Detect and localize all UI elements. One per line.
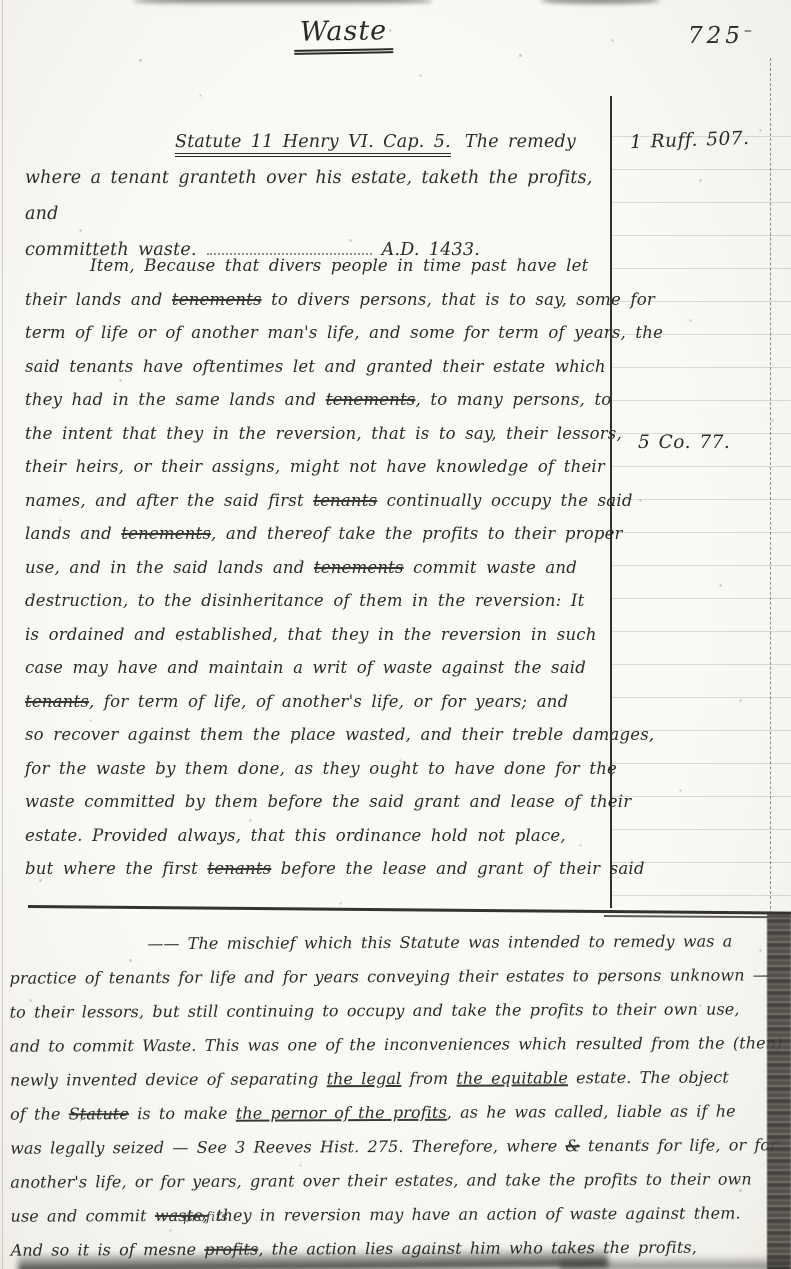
- handwritten-segment-s: tenements: [314, 558, 404, 577]
- handwritten-segment: another's life, or for years, grant over…: [10, 1169, 751, 1191]
- handwritten-line: and to commit Waste. This was one of the…: [10, 1026, 778, 1063]
- statute-subtitle: The remedy: [465, 132, 576, 152]
- scan-edge-band-right: [767, 914, 791, 1269]
- handwritten-line: practice of tenants for life and for yea…: [9, 958, 777, 995]
- handwritten-segment: to their lessors, but still continuing t…: [10, 999, 740, 1021]
- handwritten-segment: term of life or of another man's life, a…: [25, 323, 663, 342]
- handwritten-line: newly invented device of separating the …: [10, 1060, 778, 1097]
- handwritten-line: Item, Because that divers people in time…: [25, 249, 608, 283]
- handwritten-segment: but where the first: [25, 859, 207, 878]
- handwritten-segment: continually occupy the said: [377, 491, 632, 510]
- handwritten-segment: said tenants have oftentimes let and gra…: [25, 357, 606, 376]
- handwritten-segment: the intent that they in the reversion, t…: [25, 424, 622, 443]
- handwritten-segment-s: tenants: [313, 491, 377, 510]
- handwritten-segment: they in reversion may have an action of …: [208, 1203, 741, 1224]
- handwritten-segment: and to commit Waste. This was one of the…: [10, 1033, 783, 1055]
- handwritten-segment: case may have and maintain a writ of was…: [25, 658, 586, 677]
- section-divider-line-right: [604, 915, 791, 918]
- handwritten-segment-s: Statute: [69, 1104, 129, 1123]
- scan-smudge-top-right: [540, 0, 660, 4]
- handwritten-segment: names, and after the said first: [25, 491, 313, 510]
- handwritten-segment-s: tenements: [326, 390, 416, 409]
- handwritten-segment: is to make: [129, 1104, 236, 1123]
- handwritten-segment: to divers persons, that is to say, some …: [262, 290, 655, 309]
- edge-dotted-rule: [770, 58, 771, 914]
- statute-heading: Statute 11 Henry VI. Cap. 5.The remedy w…: [25, 124, 610, 268]
- handwritten-segment: Item, Because that divers people in time…: [90, 256, 588, 275]
- handwritten-segment: —— The mischief which this Statute was i…: [147, 932, 732, 954]
- handwritten-segment-s: tenements: [121, 524, 211, 543]
- handwritten-line: case may have and maintain a writ of was…: [25, 651, 608, 685]
- page-number: 725–: [688, 20, 752, 49]
- margin-note-citation: 5 Co. 77.: [638, 432, 730, 453]
- handwritten-line: so recover against them the place wasted…: [25, 718, 608, 752]
- statute-heading-line: where a tenant granteth over his estate,…: [25, 160, 610, 232]
- handwritten-segment-s: tenants: [207, 859, 271, 878]
- handwritten-segment: destruction, to the disinheritance of th…: [25, 591, 584, 610]
- handwritten-segment: , for term of life, of another's life, o…: [89, 692, 568, 711]
- handwritten-segment-u: the legal: [327, 1069, 402, 1088]
- handwritten-line: their lands and tenements to divers pers…: [25, 283, 608, 317]
- handwritten-segment: use, and in the said lands and: [25, 558, 314, 577]
- handwritten-segment: , as he was called, liable as if he: [447, 1102, 736, 1122]
- handwritten-line: for the waste by them done, as they ough…: [25, 752, 608, 786]
- handwritten-line: is ordained and established, that they i…: [25, 618, 608, 652]
- handwritten-segment: their heirs, or their assigns, might not…: [25, 457, 605, 476]
- handwritten-line: names, and after the said first tenants …: [25, 484, 608, 518]
- handwritten-segment: , and thereof take the profits to their …: [211, 524, 623, 543]
- handwritten-segment: estate. The object: [568, 1068, 729, 1088]
- handwritten-segment-u: the pernor of the profits: [236, 1103, 447, 1123]
- handwritten-segment-u: the equitable: [456, 1068, 568, 1087]
- scanned-document-page: Waste 725– 1 Ruff. 507. 5 Co. 77. Statut…: [0, 0, 791, 1269]
- handwritten-line: waste committed by them before the said …: [25, 785, 608, 819]
- handwritten-segment: , to many persons, to: [415, 390, 611, 409]
- section-divider-line: [28, 905, 791, 914]
- statute-title: Statute 11 Henry VI. Cap. 5.: [175, 132, 451, 157]
- handwritten-line: said tenants have oftentimes let and gra…: [25, 350, 608, 384]
- interlinear-insertion: profits: [183, 1209, 228, 1225]
- handwritten-segment: estate. Provided always, that this ordin…: [25, 826, 566, 845]
- handwritten-segment: tenants for life, or for: [580, 1135, 778, 1155]
- page-number-value: 725: [688, 23, 744, 49]
- handwritten-segment: so recover against them the place wasted…: [25, 725, 654, 744]
- handwritten-line: another's life, or for years, grant over…: [10, 1162, 778, 1199]
- handwritten-line: they had in the same lands and tenements…: [25, 383, 608, 417]
- handwritten-segment: newly invented device of separating: [10, 1069, 327, 1089]
- statute-body-text: Item, Because that divers people in time…: [25, 249, 608, 886]
- handwritten-segment-s: tenants: [25, 692, 89, 711]
- handwritten-segment: was legally seized — See 3 Reeves Hist. …: [10, 1136, 565, 1157]
- handwritten-line: term of life or of another man's life, a…: [25, 316, 608, 350]
- handwritten-segment: of the: [10, 1104, 69, 1123]
- handwritten-line: use, and in the said lands and tenements…: [25, 551, 608, 585]
- handwritten-line: to their lessors, but still continuing t…: [10, 992, 778, 1029]
- page-title: Waste: [294, 15, 394, 55]
- handwritten-line: their heirs, or their assigns, might not…: [25, 450, 608, 484]
- handwritten-segment: they had in the same lands and: [25, 390, 326, 409]
- scan-smudge-top: [133, 0, 433, 6]
- scan-left-edge: [2, 0, 3, 1269]
- handwritten-segment: from: [401, 1069, 456, 1088]
- handwritten-line: lands and tenements, and thereof take th…: [25, 517, 608, 551]
- handwritten-line: destruction, to the disinheritance of th…: [25, 584, 608, 618]
- handwritten-line: estate. Provided always, that this ordin…: [25, 819, 608, 853]
- margin-ruling-lines: [612, 104, 791, 904]
- handwritten-line: use and commit waste, they in reversion …: [10, 1196, 778, 1233]
- handwritten-line: —— The mischief which this Statute was i…: [9, 924, 777, 961]
- scan-noise-speckles: [0, 0, 1, 1]
- handwritten-segment: practice of tenants for life and for yea…: [9, 965, 768, 987]
- handwritten-segment-s: &: [565, 1136, 579, 1155]
- handwritten-segment: is ordained and established, that they i…: [25, 625, 597, 644]
- handwritten-line: but where the first tenants before the l…: [25, 852, 608, 886]
- handwritten-line: the intent that they in the reversion, t…: [25, 417, 608, 451]
- commentary-text: —— The mischief which this Statute was i…: [9, 924, 778, 1267]
- handwritten-line: tenants, for term of life, of another's …: [25, 685, 608, 719]
- handwritten-line: of the Statute is to make the pernor of …: [10, 1094, 778, 1131]
- handwritten-line: was legally seized — See 3 Reeves Hist. …: [10, 1128, 778, 1165]
- statute-heading-line: Statute 11 Henry VI. Cap. 5.The remedy: [25, 124, 610, 160]
- margin-note-citation: 1 Ruff. 507.: [630, 128, 750, 153]
- page-number-flourish: –: [744, 20, 752, 39]
- handwritten-segment: their lands and: [25, 290, 172, 309]
- handwritten-segment: use and commit: [10, 1206, 154, 1226]
- handwritten-segment: commit waste and: [404, 558, 577, 577]
- handwritten-segment-s: tenements: [172, 290, 262, 309]
- handwritten-segment: waste committed by them before the said …: [25, 792, 631, 811]
- handwritten-segment: lands and: [25, 524, 121, 543]
- handwritten-segment: before the lease and grant of their said: [271, 859, 644, 878]
- handwritten-segment: for the waste by them done, as they ough…: [25, 759, 617, 778]
- scan-smudge-bottom-right: [560, 1252, 790, 1269]
